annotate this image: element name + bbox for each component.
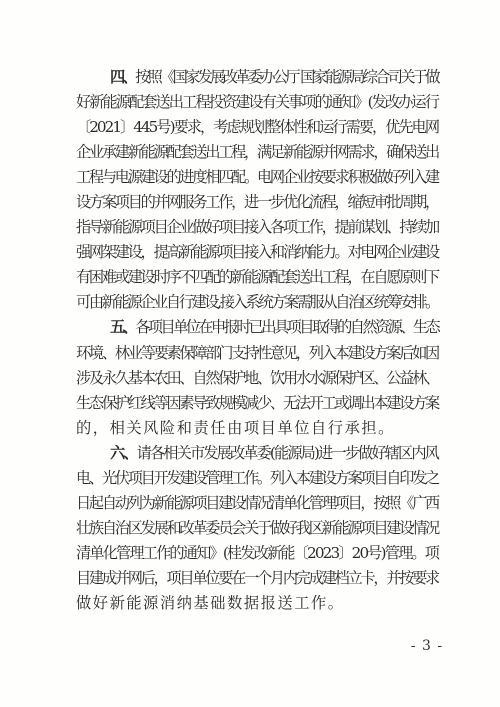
section-number-5: 五、 xyxy=(110,318,135,336)
paragraph-6-line-4: 壮族自治区发展和改革委员会关于做好我区新能源项目建设情况 xyxy=(76,516,438,541)
paragraph-4-line-5: 工程与电源建设的进度相匹配。电网企业按要求积极做好列入建 xyxy=(76,165,438,190)
paragraph-6-line-7: 做好新能源消纳基础数据报送工作。 xyxy=(76,591,438,616)
paragraph-4-line-7: 指导新能源项目企业做好项目接入各项工作，提前谋划、持续加 xyxy=(76,215,438,240)
paragraph-5-line-1: 五、各项目单位在申报时已出具项目取得的自然资源、生态 xyxy=(76,315,438,340)
paragraph-4-line-4: 企业承建新能源配套送出工程，满足新能源并网需求，确保送出 xyxy=(76,140,438,165)
paragraph-6-line-5: 清单化管理工作的通知》(桂发改新能〔2023〕20号)管理。项 xyxy=(76,541,438,566)
paragraph-4-line-10: 可由新能源企业自行建设,接入系统方案需服从自治区统筹安排。 xyxy=(76,290,438,315)
paragraph-5-line-2: 环境、林业等要素保障部门支持性意见，列入本建设方案后如因 xyxy=(76,341,438,366)
paragraph-6-line-1: 六、请各相关市发展改革委(能源局)进一步做好辖区内风 xyxy=(76,441,438,466)
paragraph-5-line-5: 的，相关风险和责任由项目单位自行承担。 xyxy=(76,416,438,441)
document-body: 四、按照《国家发展改革委办公厅 国家能源局综合司关于做 好新能源配套送出工程投资… xyxy=(76,65,438,616)
paragraph-4-line-2: 好新能源配套送出工程投资建设有关事项的通知》(发改办运行 xyxy=(76,90,438,115)
paragraph-4-line-9: 有困难或建设时序不匹配的新能源配套送出工程，在自愿原则下 xyxy=(76,265,438,290)
paragraph-4-line-6: 设方案项目的并网服务工作，进一步优化流程，缩短审批周期， xyxy=(76,190,438,215)
paragraph-4-line-8: 强网架建设，提高新能源项目接入和消纳能力。对电网企业建设 xyxy=(76,240,438,265)
paragraph-6-line-2: 电、光伏项目开发建设管理工作。列入本建设方案项目自印发之 xyxy=(76,466,438,491)
paragraph-5-line-4: 生态保护红线等因素导致规模减少、无法开工或调出本建设方案 xyxy=(76,391,438,416)
paragraph-6-line-6: 目建成并网后，项目单位要在一个月内完成建档立卡，并按要求 xyxy=(76,566,438,591)
page-number: - 3 - xyxy=(402,638,452,654)
paragraph-4-line-3: 〔2021〕445号)要求，考虑规划整体性和运行需要，优先电网 xyxy=(76,115,438,140)
section-number-6: 六、 xyxy=(110,444,137,462)
paragraph-5-line-3: 涉及永久基本农田、自然保护地、饮用水水源保护区、公益林、 xyxy=(76,366,438,391)
paragraph-4-line-1: 四、按照《国家发展改革委办公厅 国家能源局综合司关于做 xyxy=(76,65,438,90)
section-number-4: 四、 xyxy=(110,68,135,86)
document-page: 四、按照《国家发展改革委办公厅 国家能源局综合司关于做 好新能源配套送出工程投资… xyxy=(0,0,500,707)
paragraph-6-line-3: 日起自动列为新能源项目建设情况清单化管理项目，按照《广西 xyxy=(76,491,438,516)
